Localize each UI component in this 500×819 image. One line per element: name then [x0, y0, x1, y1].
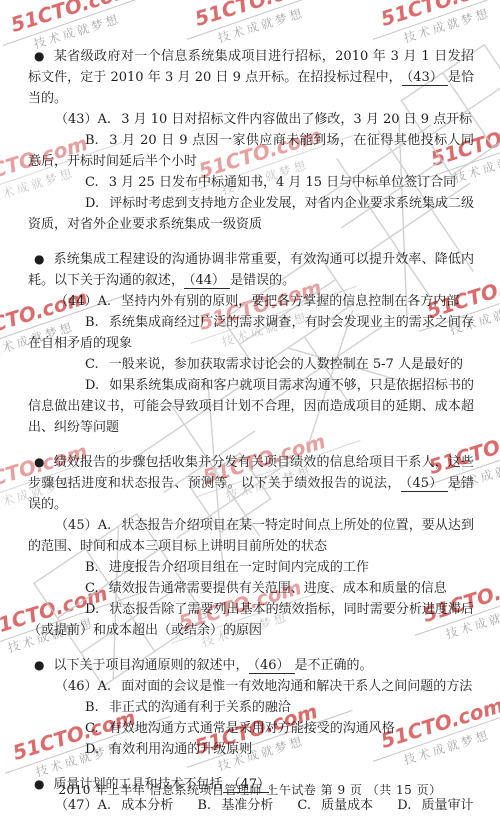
option-label: （43）A. — [55, 112, 115, 127]
option-label: B. — [85, 700, 103, 715]
stem-text-after: 是错误的。 — [230, 273, 295, 288]
option-line: （46）A. 面对面的会议是惟一有效地沟通和解决干系人之间问题的方法 — [28, 676, 474, 697]
option-label: （45）A. — [55, 518, 115, 533]
option-text: 成本分析 — [121, 798, 173, 813]
option-line: D. 有效利用沟通的升级原则 — [28, 739, 474, 760]
question-block-43: ●某省级政府对一个信息系统集成项目进行招标，2010 年 3 月 1 日发招标文… — [28, 46, 474, 235]
option-label: B. — [85, 560, 103, 575]
option-text: 非正式的沟通有利于关系的融洽 — [109, 700, 291, 715]
option-line: D. 评标时考虑到支持地方企业发展，对省内企业要求系统集成二级资质，对省外企业要… — [28, 193, 474, 235]
option-line: B. 3 月 20 日 9 点因一家供应商未能到场，在征得其他投标人同意后，开标… — [28, 130, 474, 172]
option-text: 坚持内外有别的原则，要把各方掌握的信息控制在各方内部 — [121, 294, 459, 309]
option-label: （44）A. — [55, 294, 115, 309]
option-line: C. 3 月 25 日发布中标通知书，4 月 15 日与中标单位签订合同 — [28, 172, 474, 193]
option-label: C. — [85, 175, 103, 190]
option-label: C. — [85, 357, 103, 372]
question-blank: （44） — [184, 273, 230, 289]
option-text: 有效地沟通方式通常是采用对方能接受的沟通风格 — [109, 721, 395, 736]
option-text: 基准分析 — [221, 798, 273, 813]
option-text: 绩效报告通常需要提供有关范围、进度、成本和质量的信息 — [109, 581, 447, 596]
exam-paper-page: 51CTO.com技术成就梦想 51CTO.com技术成就梦想 51CTO.co… — [0, 0, 500, 819]
option-line: B. 进度报告介绍项目组在一定时间内完成的工作 — [28, 557, 474, 578]
brand-watermark-text: 51CTO.com — [8, 0, 158, 37]
option-inline: B. 基准分析 — [197, 798, 273, 813]
brand-watermark-text: 51CTO.com — [192, 0, 342, 31]
option-inline: （47）A. 成本分析 — [55, 798, 173, 813]
option-label: D. — [85, 602, 103, 617]
option-label: D. — [85, 196, 103, 211]
option-text: 进度报告介绍项目组在一定时间内完成的工作 — [109, 560, 369, 575]
watermark-line — [373, 0, 500, 40]
option-line: C. 有效地沟通方式通常是采用对方能接受的沟通风格 — [28, 718, 474, 739]
watermark-slogan: 技术成就梦想 — [401, 0, 500, 46]
page-footer: 2010 年上半年 信息系统项目管理师 上午试卷 第 9 页 （共 15 页） — [0, 781, 500, 798]
bullet-icon: ● — [34, 658, 44, 672]
option-line: （45）A. 状态报告介绍项目在某一特定时间点上所处的位置，要从达到的范围、时间… — [28, 515, 474, 557]
option-line: C. 绩效报告通常需要提供有关范围、进度、成本和质量的信息 — [28, 578, 474, 599]
option-line: B. 系统集成商经过广泛的需求调查，有时会发现业主的需求之间存在自相矛盾的现象 — [28, 312, 474, 354]
watermark-tile: 51CTO.com技术成就梦想 — [192, 0, 349, 51]
bullet-icon: ● — [34, 455, 45, 469]
question-blank: （45） — [401, 476, 448, 492]
option-line: （44）A. 坚持内外有别的原则，要把各方掌握的信息控制在各方内部 — [28, 291, 474, 312]
option-label: B. — [197, 798, 215, 813]
option-label: （47）A. — [55, 798, 115, 813]
question-block-44: ●系统集成工程建设的沟通协调非常重要，有效沟通可以提升效率、降低内耗。以下关于沟… — [28, 249, 474, 438]
question-block-46: ●以下关于项目沟通原则的叙述中，（46）是不正确的。 （46）A. 面对面的会议… — [28, 655, 474, 760]
option-text: 质量审计 — [421, 798, 473, 813]
bullet-icon: ● — [34, 252, 45, 266]
option-label: D. — [85, 378, 103, 393]
option-label: C. — [85, 721, 103, 736]
watermark-line — [3, 0, 169, 46]
option-text: 3 月 25 日发布中标通知书，4 月 15 日与中标单位签订合同 — [109, 175, 456, 190]
question-stem: ●系统集成工程建设的沟通协调非常重要，有效沟通可以提升效率、降低内耗。以下关于沟… — [28, 249, 474, 291]
bullet-icon: ● — [34, 49, 45, 63]
option-line: D. 如果系统集成商和客户就项目需求沟通不够，只是依据招标书的信息做出建议书，可… — [28, 375, 474, 438]
option-line: C. 一般来说，参加获取需求讨论会的人数控制在 5-7 人是最好的 — [28, 354, 474, 375]
brand-watermark-text: 51CTO.com — [378, 0, 500, 31]
option-label: B. — [85, 315, 103, 330]
option-text: 面对面的会议是惟一有效地沟通和解决干系人之间问题的方法 — [121, 679, 472, 694]
option-text: 有效利用沟通的升级原则 — [109, 742, 252, 757]
watermark-slogan: 技术成就梦想 — [215, 0, 348, 46]
option-label: B. — [85, 133, 103, 148]
option-label: D. — [85, 742, 103, 757]
watermark-line — [187, 0, 353, 40]
option-label: D. — [397, 798, 415, 813]
watermark-slogan: 技术成就梦想 — [31, 0, 164, 52]
question-stem: ●以下关于项目沟通原则的叙述中，（46）是不正确的。 — [28, 655, 474, 676]
question-blank: （43） — [402, 70, 448, 86]
option-text: 质量成本 — [321, 798, 373, 813]
question-stem: ●某省级政府对一个信息系统集成项目进行招标，2010 年 3 月 1 日发招标文… — [28, 46, 474, 109]
question-stem: ●绩效报告的步骤包括收集并分发有关项目绩效的信息给项目干系人，这些步骤包括进度和… — [28, 452, 474, 515]
exam-content: ●某省级政府对一个信息系统集成项目进行招标，2010 年 3 月 1 日发招标文… — [28, 46, 474, 816]
option-text: 3 月 10 日对招标文件内容做出了修改，3 月 20 日 9 点开标 — [121, 112, 472, 127]
stem-text-after: 是不正确的。 — [295, 658, 373, 673]
option-line: B. 非正式的沟通有利于关系的融洽 — [28, 697, 474, 718]
option-inline: C. 质量成本 — [297, 798, 373, 813]
question-block-45: ●绩效报告的步骤包括收集并分发有关项目绩效的信息给项目干系人，这些步骤包括进度和… — [28, 452, 474, 641]
option-label: （46）A. — [55, 679, 115, 694]
option-label: C. — [85, 581, 103, 596]
option-label: C. — [297, 798, 315, 813]
stem-text-before: 以下关于项目沟通原则的叙述中， — [53, 658, 248, 673]
option-line: （43）A. 3 月 10 日对招标文件内容做出了修改，3 月 20 日 9 点… — [28, 109, 474, 130]
question-blank: （46） — [249, 658, 295, 674]
option-line: （47）A. 成本分析 B. 基准分析 C. 质量成本 D. 质量审计 — [28, 795, 474, 816]
watermark-tile: 51CTO.com技术成就梦想 — [378, 0, 500, 51]
option-text: 一般来说，参加获取需求讨论会的人数控制在 5-7 人是最好的 — [109, 357, 463, 372]
option-inline: D. 质量审计 — [397, 798, 473, 813]
option-line: D. 状态报告除了需要列出基本的绩效指标，同时需要分析进度滞后（或提前）和成本超… — [28, 599, 474, 641]
